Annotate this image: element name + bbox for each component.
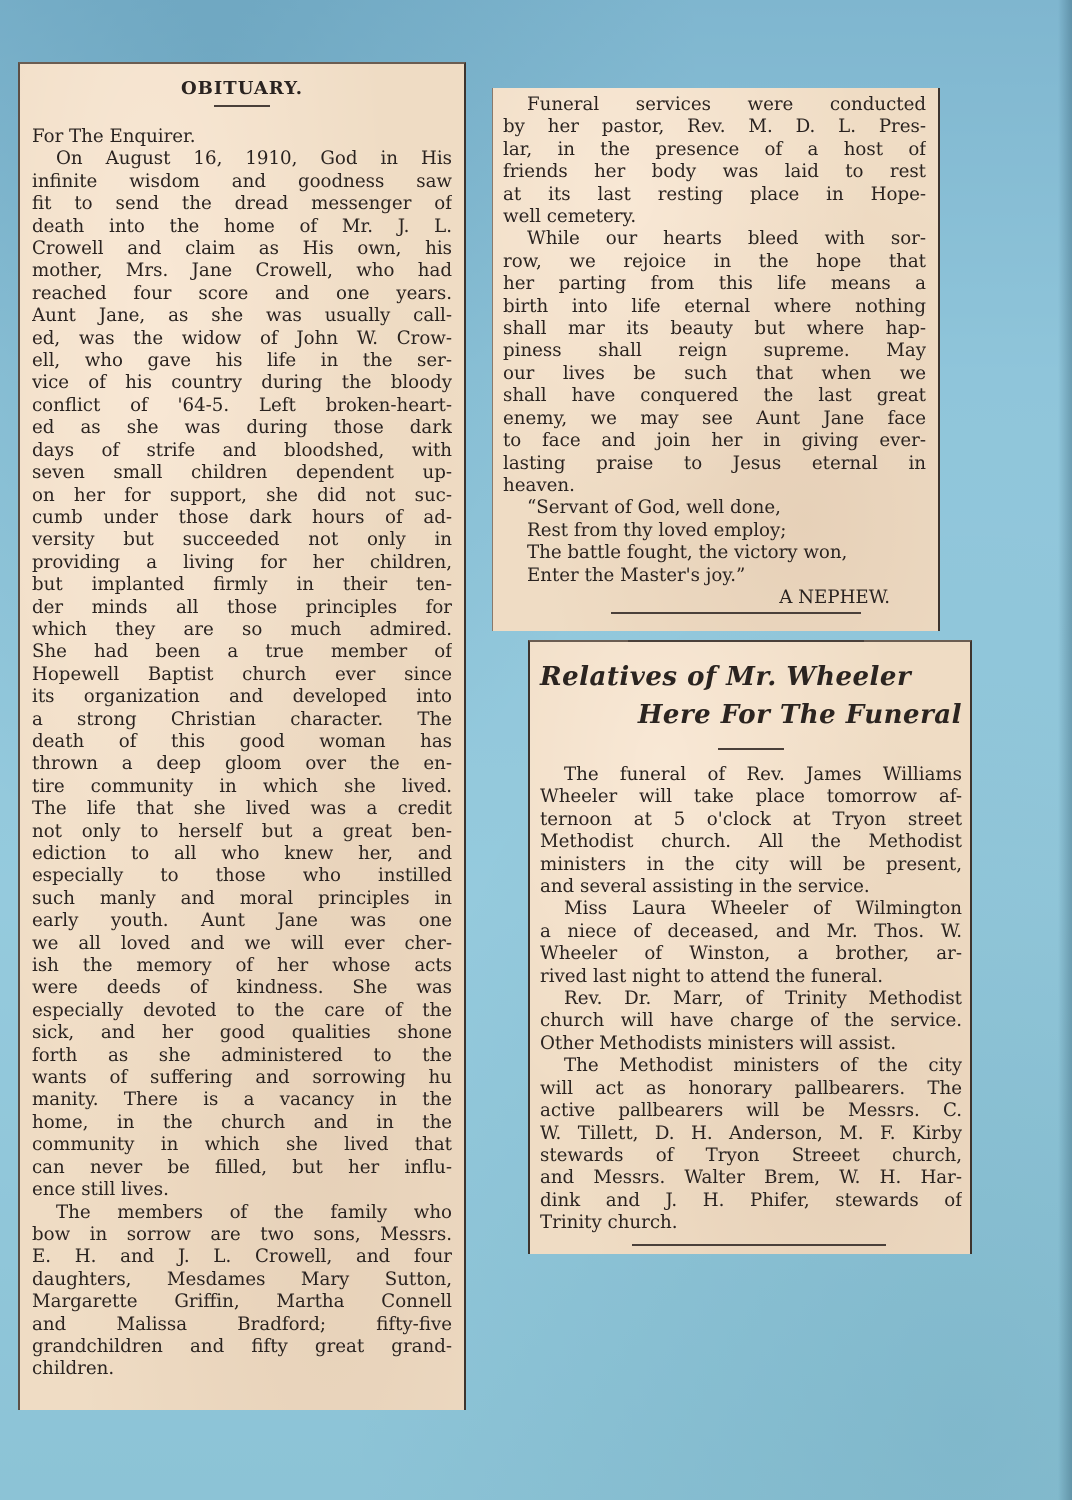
- text-line: seven small children dependent up-: [32, 462, 452, 484]
- obituary-body: For The Enquirer.On August 16, 1910, God…: [32, 126, 452, 1381]
- closing-rule: [611, 612, 861, 614]
- wheeler-article-body: The funeral of Rev. James WilliamsWheele…: [540, 764, 962, 1235]
- text-line: The funeral of Rev. James Williams: [540, 764, 962, 786]
- text-line: Wheeler will take place tomorrow af-: [540, 786, 962, 808]
- text-line: ell, who gave his life in the ser-: [32, 350, 452, 372]
- text-line: Wheeler of Winston, a brother, ar-: [540, 943, 962, 965]
- text-line: her parting from this life means a: [503, 273, 926, 295]
- text-line: ence still lives.: [32, 1179, 452, 1201]
- text-line: fit to send the dread messenger of: [32, 193, 452, 215]
- text-line: heaven.: [503, 475, 926, 497]
- text-line: Other Methodists ministers will assist.: [540, 1033, 962, 1055]
- text-line: will act as honorary pallbearers. The: [540, 1078, 962, 1100]
- wheeler-headline-line2: Here For The Funeral: [638, 700, 962, 730]
- text-line: by her pastor, Rev. M. D. L. Pres-: [503, 116, 926, 138]
- text-line: ed, was the widow of John W. Crow-: [32, 328, 452, 350]
- headline-rule: [214, 105, 270, 107]
- text-line: ish the memory of her whose acts: [32, 955, 452, 977]
- text-line: conflict of '64-5. Left broken-heart-: [32, 395, 452, 417]
- text-line: and several assisting in the service.: [540, 876, 962, 898]
- text-line: ternoon at 5 o'clock at Tryon street: [540, 809, 962, 831]
- text-line: sick, and her good qualities shone: [32, 1022, 452, 1044]
- text-line: Crowell and claim as His own, his: [32, 238, 452, 260]
- text-line: birth into life eternal where nothing: [503, 296, 926, 318]
- obituary-headline: OBITUARY.: [20, 78, 464, 99]
- text-line: vice of his country during the bloody: [32, 372, 452, 394]
- text-line: cumb under those dark hours of ad-: [32, 507, 452, 529]
- text-line: providing a living for her children,: [32, 552, 452, 574]
- text-line: Trinity church.: [540, 1212, 962, 1234]
- text-line: manity. There is a vacancy in the: [32, 1089, 452, 1111]
- text-line: lasting praise to Jesus eternal in: [503, 453, 926, 475]
- text-line: active pallbearers will be Messrs. C.: [540, 1100, 962, 1122]
- text-line: row, we rejoice in the hope that: [503, 251, 926, 273]
- text-line: not only to herself but a great ben-: [32, 821, 452, 843]
- closing-rule: [632, 1244, 886, 1246]
- funeral-services-body: Funeral services were conductedby her pa…: [503, 94, 926, 609]
- text-line: The life that she lived was a credit: [32, 798, 452, 820]
- text-line: Miss Laura Wheeler of Wilmington: [540, 898, 962, 920]
- text-line: rived last night to attend the funeral.: [540, 966, 962, 988]
- text-line: thrown a deep gloom over the en-: [32, 753, 452, 775]
- text-line: which they are so much admired.: [32, 619, 452, 641]
- text-line: its organization and developed into: [32, 686, 452, 708]
- text-line: were deeds of kindness. She was: [32, 977, 452, 999]
- text-line: forth as she administered to the: [32, 1045, 452, 1067]
- text-line: While our hearts bleed with sor-: [503, 228, 926, 250]
- text-line: Hopewell Baptist church ever since: [32, 664, 452, 686]
- text-line: The members of the family who: [32, 1202, 452, 1224]
- text-line: a niece of deceased, and Mr. Thos. W.: [540, 921, 962, 943]
- obituary-clipping: OBITUARY. For The Enquirer.On August 16,…: [18, 62, 466, 1410]
- text-line: death of this good woman has: [32, 731, 452, 753]
- top-rule: [628, 640, 864, 642]
- text-line: reached four score and one years.: [32, 283, 452, 305]
- text-line: well cemetery.: [503, 206, 926, 228]
- headline-rule: [718, 748, 784, 750]
- text-line: Margarette Griffin, Martha Connell: [32, 1291, 452, 1313]
- text-line: community in which she lived that: [32, 1134, 452, 1156]
- text-line: Rev. Dr. Marr, of Trinity Methodist: [540, 988, 962, 1010]
- text-line: children.: [32, 1358, 452, 1380]
- text-line: stewards of Tryon Streeet church,: [540, 1145, 962, 1167]
- text-line: and Messrs. Walter Brem, W. H. Har-: [540, 1167, 962, 1189]
- text-line: wants of suffering and sorrowing hu: [32, 1067, 452, 1089]
- text-line: a strong Christian character. The: [32, 709, 452, 731]
- text-line: der minds all those principles for: [32, 597, 452, 619]
- text-line: death into the home of Mr. J. L.: [32, 216, 452, 238]
- text-line: enemy, we may see Aunt Jane face: [503, 408, 926, 430]
- text-line: piness shall reign supreme. May: [503, 340, 926, 362]
- text-line: on her for support, she did not suc-: [32, 485, 452, 507]
- text-line: Rest from thy loved employ;: [503, 520, 926, 542]
- text-line: She had been a true member of: [32, 641, 452, 663]
- text-line: friends her body was laid to rest: [503, 161, 926, 183]
- text-line: ed as she was during those dark: [32, 417, 452, 439]
- text-line: Enter the Master's joy.”: [503, 565, 926, 587]
- text-line: home, in the church and in the: [32, 1112, 452, 1134]
- text-line: our lives be such that when we: [503, 363, 926, 385]
- text-line: but implanted firmly in their ten-: [32, 574, 452, 596]
- text-line: ediction to all who knew her, and: [32, 843, 452, 865]
- text-line: mother, Mrs. Jane Crowell, who had: [32, 260, 452, 282]
- text-line: especially devoted to the care of the: [32, 1000, 452, 1022]
- text-line: we all loved and we will ever cher-: [32, 933, 452, 955]
- text-line: daughters, Mesdames Mary Sutton,: [32, 1269, 452, 1291]
- text-line: E. H. and J. L. Crowell, and four: [32, 1246, 452, 1268]
- funeral-services-clipping: Funeral services were conductedby her pa…: [492, 88, 940, 631]
- text-line: versity but succeeded not only in: [32, 529, 452, 551]
- text-line: bow in sorrow are two sons, Messrs.: [32, 1224, 452, 1246]
- text-line: W. Tillett, D. H. Anderson, M. F. Kirby: [540, 1123, 962, 1145]
- text-line: can never be filled, but her influ-: [32, 1157, 452, 1179]
- text-line: The Methodist ministers of the city: [540, 1055, 962, 1077]
- text-line: especially to those who instilled: [32, 865, 452, 887]
- wheeler-headline-line1: Relatives of Mr. Wheeler: [540, 662, 911, 692]
- text-line: For The Enquirer.: [32, 126, 452, 148]
- text-line: dink and J. H. Phifer, stewards of: [540, 1190, 962, 1212]
- scrapbook-page-edge: [1058, 0, 1072, 1500]
- text-line: lar, in the presence of a host of: [503, 139, 926, 161]
- text-line: The battle fought, the victory won,: [503, 542, 926, 564]
- text-line: On August 16, 1910, God in His: [32, 148, 452, 170]
- text-line: A NEPHEW.: [503, 587, 926, 609]
- text-line: Aunt Jane, as she was usually call-: [32, 305, 452, 327]
- text-line: shall have conquered the last great: [503, 385, 926, 407]
- text-line: tire community in which she lived.: [32, 776, 452, 798]
- text-line: grandchildren and fifty great grand-: [32, 1336, 452, 1358]
- text-line: at its last resting place in Hope-: [503, 184, 926, 206]
- text-line: infinite wisdom and goodness saw: [32, 171, 452, 193]
- text-line: church will have charge of the service.: [540, 1010, 962, 1032]
- text-line: early youth. Aunt Jane was one: [32, 910, 452, 932]
- wheeler-article-clipping: Relatives of Mr. Wheeler Here For The Fu…: [528, 640, 972, 1254]
- text-line: days of strife and bloodshed, with: [32, 440, 452, 462]
- text-line: ministers in the city will be present,: [540, 854, 962, 876]
- text-line: shall mar its beauty but where hap-: [503, 318, 926, 340]
- text-line: Methodist church. All the Methodist: [540, 831, 962, 853]
- text-line: to face and join her in giving ever-: [503, 430, 926, 452]
- text-line: “Servant of God, well done,: [503, 497, 926, 519]
- text-line: such manly and moral principles in: [32, 888, 452, 910]
- text-line: and Malissa Bradford; fifty-five: [32, 1314, 452, 1336]
- text-line: Funeral services were conducted: [503, 94, 926, 116]
